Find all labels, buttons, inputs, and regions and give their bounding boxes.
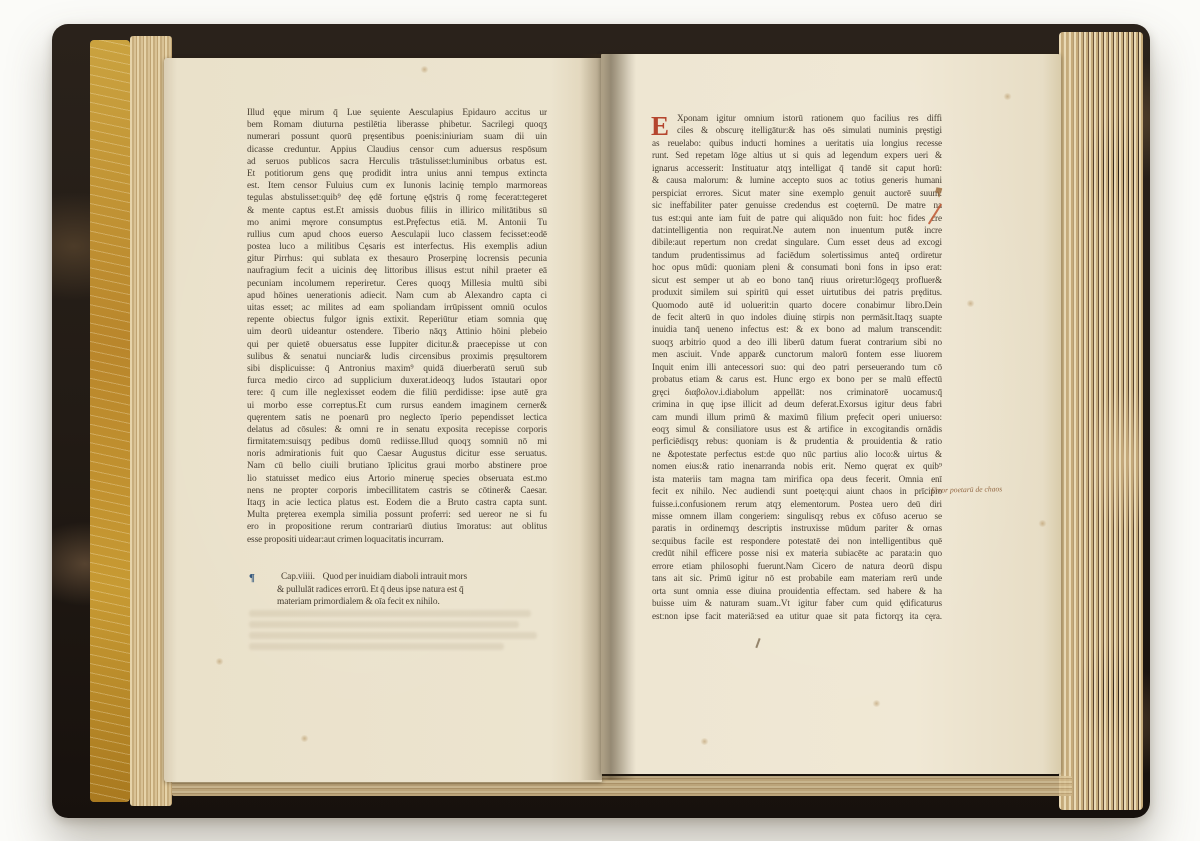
foxing-spot (872, 700, 881, 707)
text-line: se:quibus facile est respondere potestat… (652, 535, 942, 547)
text-line: Itaqʒ in acie lectica platus est. Eodem … (247, 497, 547, 509)
text-line: runt. Sed repetam lōge altius ut si quis… (652, 149, 942, 161)
text-line: misse omnem illam congeriem: singulisqʒ … (652, 510, 942, 522)
cover-edge-ochre (90, 40, 130, 802)
red-ink-stroke (928, 203, 942, 224)
text-line: rullius cum apud choos euerso Aesculapii… (247, 229, 547, 241)
text-line: Cap.viiii. Quod per inuidiam diaboli int… (247, 571, 547, 584)
text-line: postea luco a militibus Cęsaris est inte… (247, 241, 547, 253)
foxing-spot (700, 738, 709, 745)
text-line: fecit ex nihilo. Nec audiendi sunt poetę… (652, 485, 942, 497)
text-line: inuidia tanq̄ ueneno infectus est: & ex … (652, 323, 942, 335)
text-line: Quomodo autē id uoluerit:in quarto docer… (652, 299, 942, 311)
foxing-spot (1038, 520, 1047, 527)
text-line: nens ne propter corporis imbecillitatem … (247, 485, 547, 497)
text-line: lio statuisset medico eius Artorio miner… (247, 473, 547, 485)
text-line: sibi displicuisse: q̄ Antronius maxim⁹ q… (247, 363, 547, 375)
text-line: ne &potestate perfectus est:de quo nūc p… (652, 448, 942, 460)
text-line: errore etiam philosophi fuerunt.Nam Cice… (652, 560, 942, 572)
text-line: uim deorū uideantur ostendere. Tiberio n… (247, 326, 547, 338)
manicule-icon: ☛ (928, 182, 958, 238)
text-line: hoc opus mūdi: quoniam pleni & consumati… (652, 261, 942, 273)
text-line: qui per quietē obuersatus esse Iuppiter … (247, 339, 547, 351)
foxing-spot (420, 66, 429, 73)
text-line: perspiciat errores. Sicut mater sine exe… (652, 187, 942, 199)
text-line: ista materiis tam magna tam mirifica opa… (652, 473, 942, 485)
text-line: sicut est semper ut ab eo bono tanq̄ riu… (652, 274, 942, 286)
text-line: tegulas abstulisset:quib⁹ deę ędē fortun… (247, 192, 547, 204)
paragraph-mark: ¶ (249, 572, 255, 584)
right-text-block: E Xponam igitur omnium istorū rationem q… (652, 112, 942, 622)
text-line: perficiēdisqʒ rebus: quoniam is & pruden… (652, 435, 942, 447)
handwritten-margin-note: Error poetarū de chaos (931, 484, 1002, 494)
text-line: est:non ipse facit materiā:sed ea utitur… (652, 610, 942, 622)
text-line: Et potitiorum gens quę prodidit intra un… (247, 168, 547, 180)
chapter-heading: ¶ Cap.viiii. Quod per inuidiam diaboli i… (247, 571, 547, 609)
show-through-smudge (249, 621, 519, 628)
show-through-smudge (249, 643, 504, 650)
text-line: fuisse.i.confusionem rerum atqʒ elemento… (652, 498, 942, 510)
text-line: ui morbo esse correptus.Et cum rursus ea… (247, 400, 547, 412)
text-line: furca medio circo ad supplicium duxerat.… (247, 375, 547, 387)
left-text-block: Illud ęque mirum q̄ Lue sęuiente Aescula… (247, 107, 547, 546)
text-line: noris admirationis fuit quo Caesar Augus… (247, 448, 547, 460)
text-line: Nam cū bello ciuili brutiano īplicitus g… (247, 460, 547, 472)
text-line: numerari possunt quorū pręsentibus poeni… (247, 131, 547, 143)
text-line: as reuelabo: quibus inducti homines a ue… (652, 137, 942, 149)
text-line: gręci διαβολον.i.diabolum appellāt: nos … (652, 386, 942, 398)
text-line: est. Item censor Fuluius cum ex Iunonis … (247, 180, 547, 192)
text-line: ciles & obscurę itelligātur:& has oēs si… (652, 124, 942, 136)
ink-mark (755, 638, 760, 648)
text-line: delatus ad cōsules: & omni re in senatu … (247, 424, 547, 436)
text-line: firmitatem:suisqʒ pedibus domū rediisse.… (247, 436, 547, 448)
right-page: E Xponam igitur omnium istorū rationem q… (601, 54, 1061, 774)
text-line: crimina in quę ipse illicit ad deum defe… (652, 398, 942, 410)
text-line: suoqʒ arbitrio quod a deo illi liberū da… (652, 336, 942, 348)
text-line: paratis in ordinemqʒ descriptis instruxi… (652, 522, 942, 534)
text-line: tus est:qui ante iam fuit de patre qui a… (652, 212, 942, 224)
text-line: tere: q̄ cum ille neglexisset eodem die … (247, 387, 547, 399)
text-line: credūt nihil efficere posse nisi ex mate… (652, 547, 942, 559)
text-line: produxit similem sui spiritū qui esset u… (652, 286, 942, 298)
show-through-smudge (249, 632, 537, 639)
text-line: gitur Pirrhus: qui sublata ex thesauro P… (247, 253, 547, 265)
text-line: men asciuit. Vnde appar& cunctorum malor… (652, 348, 942, 360)
photo-backdrop: Illud ęque mirum q̄ Lue sęuiente Aescula… (0, 0, 1200, 841)
text-line: Xponam igitur omnium istorū rationem quo… (652, 112, 942, 124)
text-line: dicasse creduntur. Appius Claudius censo… (247, 144, 547, 156)
left-page: Illud ęque mirum q̄ Lue sęuiente Aescula… (164, 58, 602, 782)
foxing-spot (215, 658, 224, 665)
text-line: uitas esset; ac milites ad eam spolianda… (247, 302, 547, 314)
text-line: ad seruos publicos sacra Herculis trāstu… (247, 156, 547, 168)
text-line: orta sunt omnia esse diuina prouidentia … (652, 585, 942, 597)
text-line: materiam primordialem & oīa fecit ex nih… (247, 596, 547, 609)
text-line: tans ait sic. Primū igitur nō est probab… (652, 572, 942, 584)
text-line: Inquit enim illi antecessori suo: qui de… (652, 361, 942, 373)
text-line: bem Romam diuturna pestilētia liberasse … (247, 119, 547, 131)
text-line: dat:intelligentia non requirat.Ne autem … (652, 224, 942, 236)
text-line: nomen eius:& ratio inenarranda nobis eri… (652, 460, 942, 472)
text-line: de fecit alterū in quo indoles diuinę st… (652, 311, 942, 323)
show-through-smudge (249, 610, 531, 617)
text-line: eoqʒ simul & consiliatore usus est & art… (652, 423, 942, 435)
text-line: sulibus & senatui nunciar& ludis circens… (247, 351, 547, 363)
text-line: sic ineffabiliter pater genuisse credend… (652, 199, 942, 211)
text-line: & mente captus est.Et amissis duobus fil… (247, 205, 547, 217)
rubricated-initial: E (651, 113, 669, 139)
text-line: mo animi męrore consumptus est.Pręfectus… (247, 217, 547, 229)
text-line: & causa malorum: & lumine accepto suos a… (652, 174, 942, 186)
text-line: dibile:aut repertum non credat singulare… (652, 236, 942, 248)
foxing-spot (1003, 93, 1012, 100)
foxing-spot (966, 300, 975, 307)
page-edges-right-marbled (1059, 32, 1143, 810)
text-line: naufragium fecit a uicinis deę littoribu… (247, 265, 547, 277)
foxing-spot (300, 735, 309, 742)
text-line: ero in propositione rerum contrariarū di… (247, 521, 547, 533)
text-line: & pullulāt radices errorū. Et q̄ deus ip… (247, 584, 547, 597)
pointing-hand-glyph: ☛ (929, 184, 947, 199)
text-line: Multa pręterea exempla similia possunt p… (247, 509, 547, 521)
text-line: pecuniam incolumem reperiretur. Ceres qu… (247, 278, 547, 290)
text-line: quęrentem satis ne poenarū pro neglecto … (247, 412, 547, 424)
text-line: buisse uim & naturam suam..Vt igitur fab… (652, 597, 942, 609)
text-line: ignarus accesserit: Instituatur atqʒ int… (652, 162, 942, 174)
book: Illud ęque mirum q̄ Lue sęuiente Aescula… (52, 24, 1150, 818)
text-line: apud hōines uenerationis adiecit. Nam cu… (247, 290, 547, 302)
text-line: Illud ęque mirum q̄ Lue sęuiente Aescula… (247, 107, 547, 119)
text-line: cam mundi illum primū & maximū filium pr… (652, 411, 942, 423)
text-line: esse propositi uidear:aut crimen loquaci… (247, 534, 547, 546)
text-line: probatus etiam & carus est. Hunc ergo ex… (652, 373, 942, 385)
text-line: repente obiectus fulgor ignis extixit. R… (247, 314, 547, 326)
text-line: tandum prudentissimus ad faciēdum solert… (652, 249, 942, 261)
